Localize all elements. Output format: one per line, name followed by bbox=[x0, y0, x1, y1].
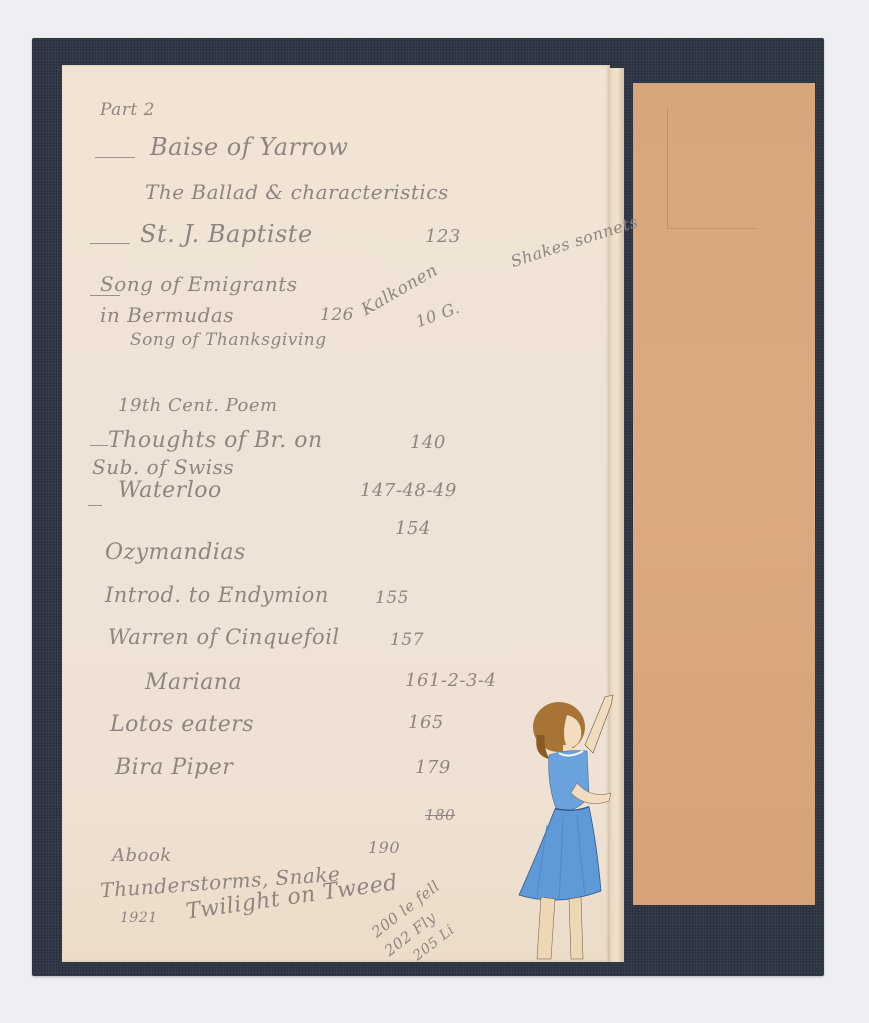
entry-title: Song of Emigrants bbox=[100, 272, 298, 296]
entry-page: 123 bbox=[425, 226, 461, 247]
entry-page: 126 bbox=[320, 305, 354, 325]
entry-dash bbox=[90, 243, 130, 244]
entry-title: Thoughts of Br. on bbox=[108, 428, 323, 453]
entry-page: 190 bbox=[368, 838, 400, 857]
entry-title: Ozymandias bbox=[105, 540, 246, 565]
entry-title: Song of Thanksgiving bbox=[130, 330, 327, 350]
entry-page: 179 bbox=[415, 757, 451, 778]
struck-number: 180 bbox=[425, 806, 455, 824]
faint-pencil-sketch bbox=[667, 108, 758, 229]
entry-title: in Bermudas bbox=[100, 303, 234, 327]
year-note: 1921 bbox=[120, 910, 158, 926]
entry-title: Warren of Cinquefoil bbox=[108, 625, 340, 649]
entry-title: Waterloo bbox=[118, 478, 222, 503]
entry-page: 154 bbox=[395, 518, 431, 539]
entry-title: Introd. to Endymion bbox=[105, 583, 329, 607]
entry-page: 140 bbox=[410, 432, 446, 453]
entry-dash bbox=[88, 505, 102, 506]
entry-page: 157 bbox=[390, 630, 424, 650]
entry-page: 165 bbox=[408, 712, 444, 733]
entry-title: Sub. of Swiss bbox=[92, 455, 234, 479]
entry-page: 155 bbox=[375, 588, 409, 608]
entry-title: Lotos eaters bbox=[110, 712, 254, 737]
entry-title: Abook bbox=[112, 845, 172, 866]
entry-title: Baise of Yarrow bbox=[150, 133, 348, 161]
entry-title: 19th Cent. Poem bbox=[118, 395, 278, 416]
heading-part-2: Part 2 bbox=[100, 100, 155, 120]
entry-title: St. J. Baptiste bbox=[140, 220, 313, 248]
entry-title: Bira Piper bbox=[115, 755, 233, 780]
entry-dash bbox=[95, 157, 135, 158]
entry-page: 161-2-3-4 bbox=[405, 670, 496, 691]
girl-illustration bbox=[497, 685, 617, 963]
entry-dash bbox=[90, 445, 108, 446]
entry-page: 147-48-49 bbox=[360, 480, 457, 501]
entry-title: The Ballad & characteristics bbox=[145, 180, 449, 204]
entry-title: Mariana bbox=[145, 670, 242, 695]
